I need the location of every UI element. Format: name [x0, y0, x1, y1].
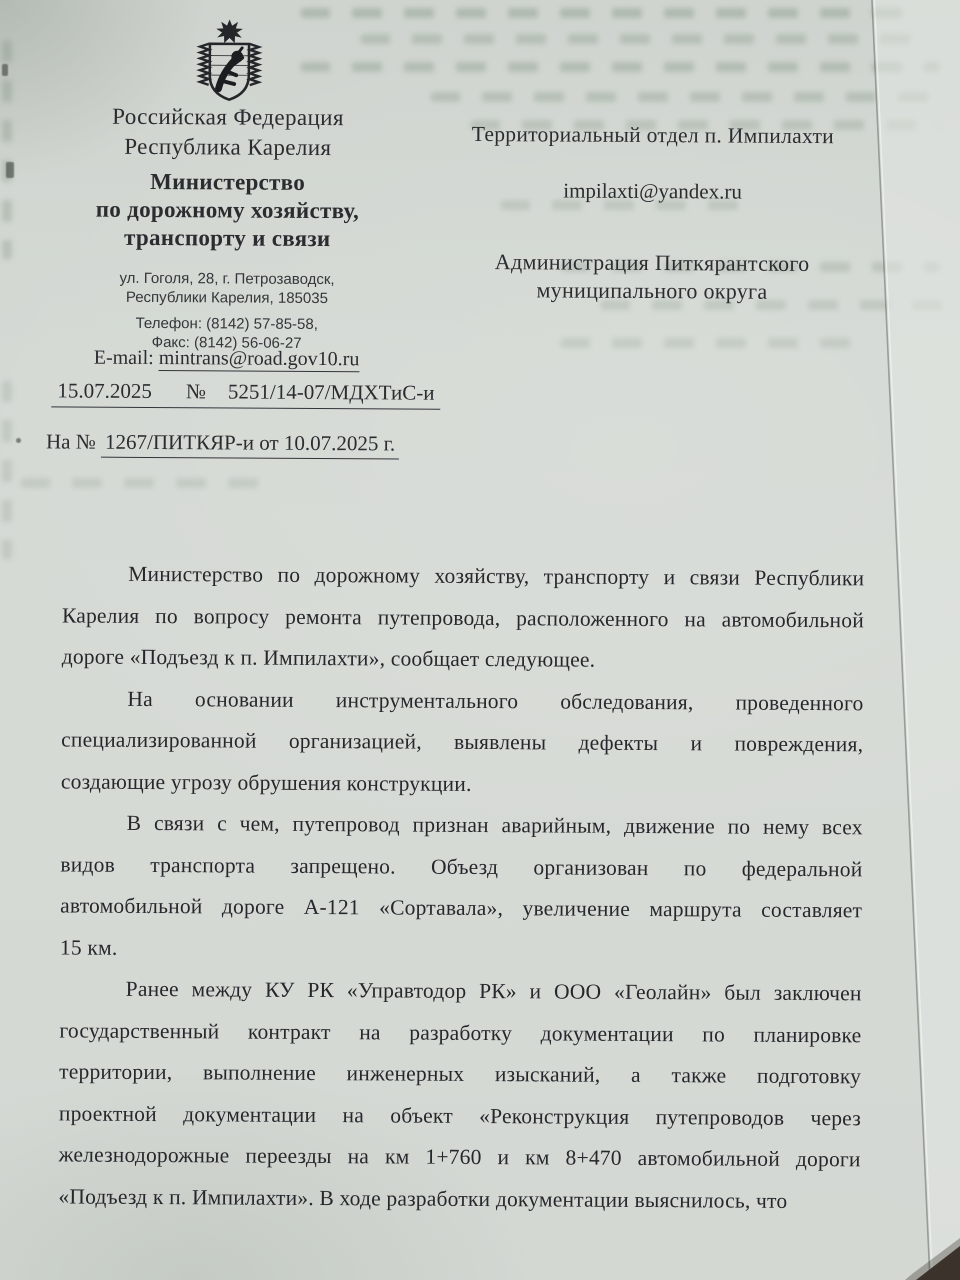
letterhead-address: ул. Гоголя, 28, г. Петрозаводск, Республ…: [32, 268, 422, 308]
body-line: проектной документации на объект «Реконс…: [59, 1093, 861, 1139]
recipient-org-line: Администрация Питкярантского: [442, 248, 862, 279]
email-label: E-mail:: [94, 347, 154, 369]
body-line: специализированной организацией, выявлен…: [61, 719, 863, 765]
printed-content: Российская Федерация Республика Карелия …: [0, 0, 960, 1280]
address-line: Республики Карелия, 185035: [32, 287, 422, 308]
body-line: дороге «Подъезд к п. Импилахти», сообщае…: [62, 636, 864, 682]
letterhead-org-name: Министерство по дорожному хозяйству, тра…: [32, 167, 423, 253]
body-line: 15 км.: [60, 927, 862, 973]
body-line: «Подъезд к п. Импилахти». В ходе разрабо…: [58, 1176, 860, 1222]
org-line: по дорожному хозяйству,: [32, 195, 422, 225]
org-line: транспорту и связи: [32, 223, 422, 253]
photo-of-letter: Российская Федерация Республика Карелия …: [0, 0, 960, 1280]
body-line: территории, выполнение инженерных изыска…: [59, 1051, 861, 1097]
registration-date: 15.07.2025: [57, 378, 152, 403]
address-line: ул. Гоголя, 28, г. Петрозаводск,: [32, 268, 422, 289]
body-line: Карелия по вопросу ремонта путепровода, …: [62, 595, 864, 641]
reference-value: 1267/ПИТКЯР-и от 10.07.2025 г.: [101, 430, 399, 460]
body-line: автомобильной дороге А-121 «Сортавала», …: [60, 885, 862, 931]
registration-line: 15.07.2025№5251/14-07/МДХТиС-и: [51, 378, 440, 409]
karelia-coat-of-arms-icon: [187, 18, 272, 109]
recipient-org-line: муниципального округа: [442, 276, 862, 307]
letter-body: Министерство по дорожному хозяйству, тра…: [58, 553, 864, 1222]
recipient-department: Территориальный отдел п. Импилахти: [443, 122, 863, 150]
recipient-email: impilaxti@yandex.ru: [443, 178, 863, 206]
letterhead-email: E-mail: mintrans@road.gov10.ru: [31, 346, 421, 371]
body-line: В связи с чем, путепровод признан аварий…: [61, 802, 863, 848]
body-line: создающие угрозу обрушения конструкции.: [61, 761, 863, 807]
body-line: железнодорожные переезды на км 1+760 и к…: [59, 1134, 861, 1180]
phone-line: Телефон: (8142) 57-85-58,: [32, 313, 422, 334]
letterhead-region: Республика Карелия: [33, 133, 423, 161]
email-value: mintrans@road.gov10.ru: [159, 347, 360, 372]
letterhead-country: Российская Федерация: [33, 103, 423, 131]
registration-number: 5251/14-07/МДХТиС-и: [228, 379, 435, 404]
body-line: государственный контракт на разработку д…: [59, 1010, 861, 1056]
org-line: Министерство: [33, 167, 423, 197]
number-sign: №: [186, 379, 206, 403]
body-line: видов транспорта запрещено. Объезд орган…: [60, 844, 862, 890]
reference-line: На № 1267/ПИТКЯР-и от 10.07.2025 г.: [46, 429, 399, 456]
body-line: Ранее между КУ РК «Управтодор РК» и ООО …: [60, 968, 862, 1014]
reference-prefix: На №: [46, 429, 96, 453]
body-line: На основании инструментального обследова…: [61, 678, 863, 724]
body-line: Министерство по дорожному хозяйству, тра…: [62, 553, 864, 599]
recipient-organization: Администрация Питкярантского муниципальн…: [442, 248, 862, 307]
